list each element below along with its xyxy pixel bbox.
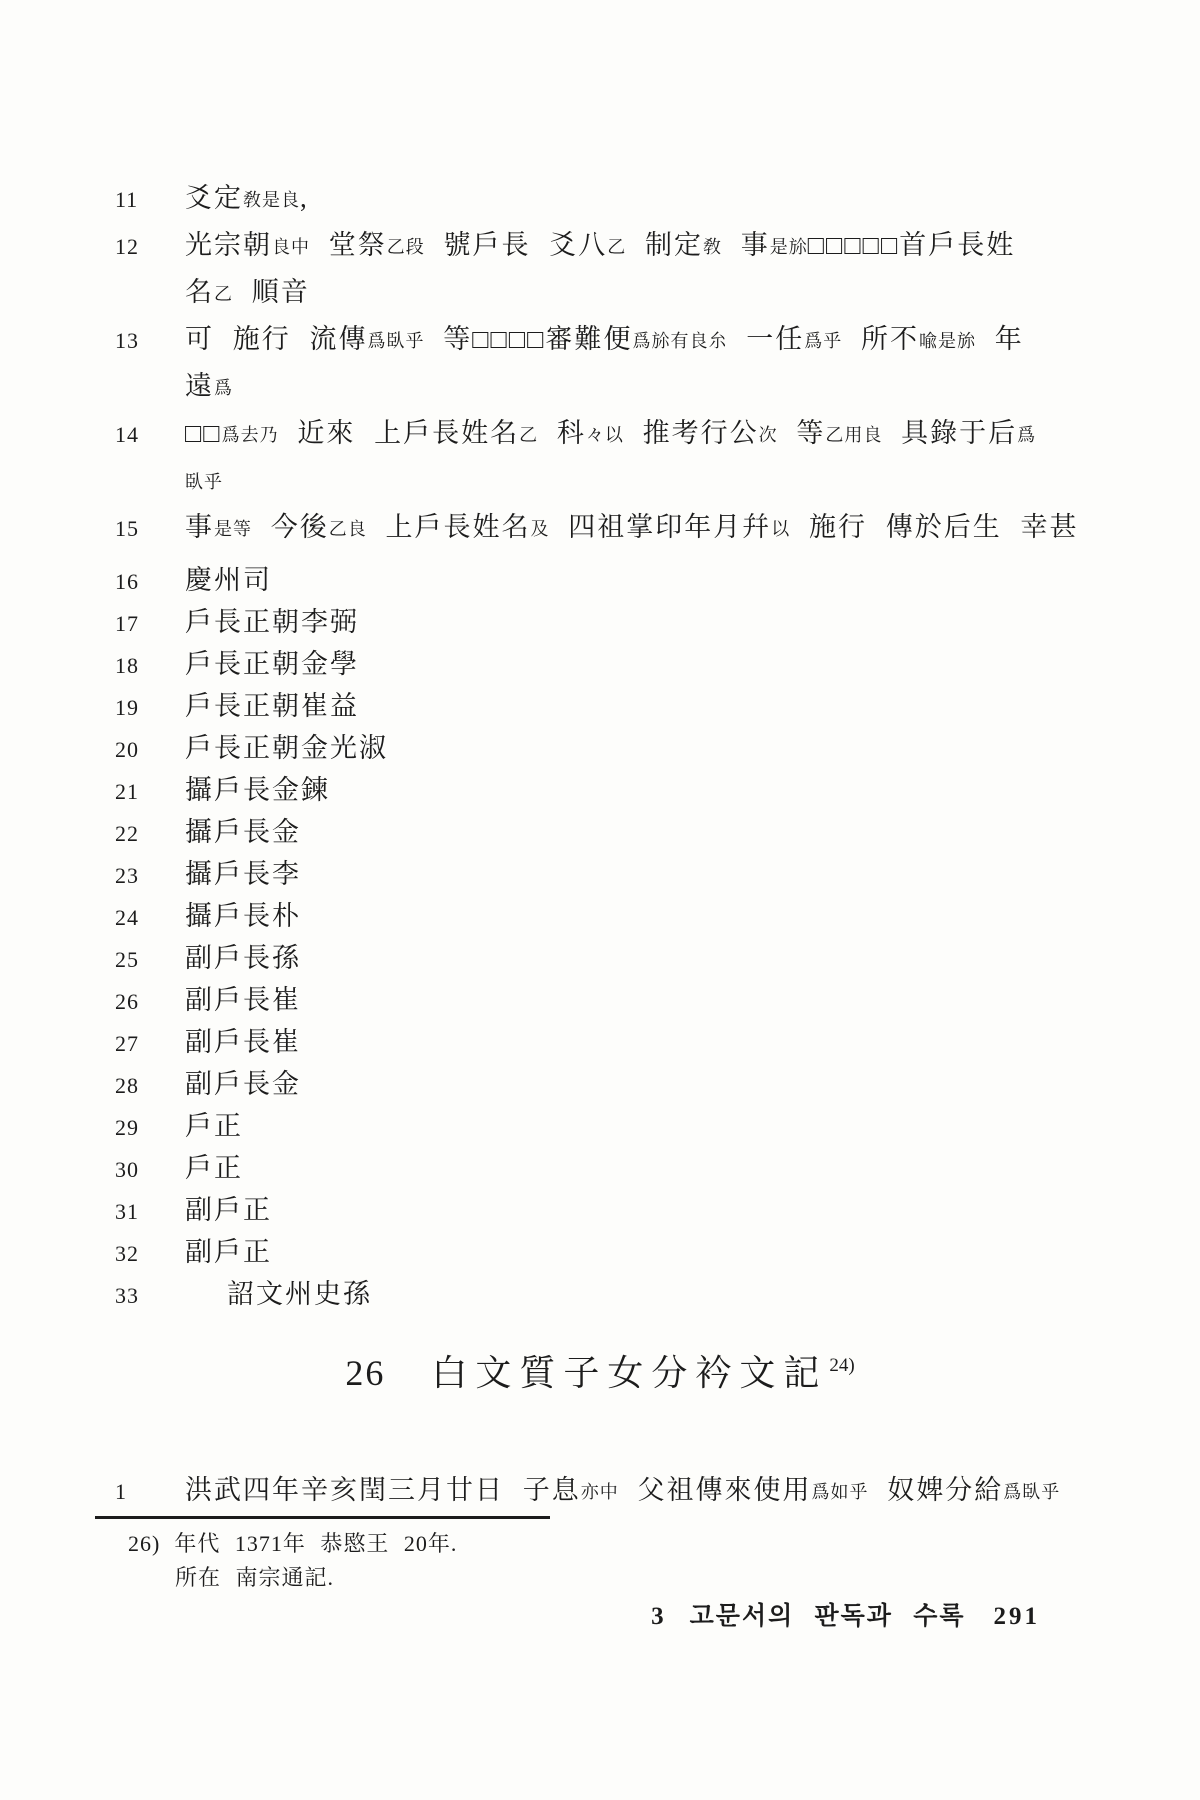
chapter-number: 3 xyxy=(651,1603,666,1630)
line-text: 攝戶長金鍊 xyxy=(185,769,330,811)
hanja-text: 號戶長 爻八 xyxy=(425,230,608,260)
idu-suffix: 々以 xyxy=(586,425,624,445)
transcript-line-33: 33詔文州史孫 xyxy=(115,1273,1165,1315)
line-text: 攝戶長李 xyxy=(185,853,301,895)
page-number: 291 xyxy=(994,1603,1041,1630)
line-text: 名乙 順音 xyxy=(185,269,310,318)
hanja-text: 奴婢分給 xyxy=(869,1475,1004,1505)
line-text: 攝戶長朴 xyxy=(185,895,301,937)
line-number: 24 xyxy=(115,897,185,939)
hanja-text: 戶長正朝崔益 xyxy=(185,691,359,721)
line-number: 30 xyxy=(115,1149,185,1191)
idu-suffix: 乙 xyxy=(214,284,233,304)
idu-suffix: 是㫆 xyxy=(770,237,808,257)
line-text: 副戶正 xyxy=(185,1231,272,1273)
hanja-text: 名 xyxy=(185,277,214,307)
line-text: 詔文州史孫 xyxy=(185,1273,372,1315)
transcript-line-16: 16慶州司 xyxy=(115,559,1165,601)
idu-suffix: 爲 xyxy=(214,378,233,398)
hanja-text: 制定 xyxy=(626,230,703,260)
transcript-line-32: 32副戶正 xyxy=(115,1231,1165,1273)
hanja-text: 副戶長崔 xyxy=(185,985,301,1015)
line-number: 13 xyxy=(115,317,185,364)
idu-suffix: 臥乎 xyxy=(185,472,223,492)
hanja-text: □□ xyxy=(185,418,222,448)
hanja-text: 詔文州史孫 xyxy=(227,1279,372,1309)
transcript-line-31: 31副戶正 xyxy=(115,1189,1165,1231)
footnote-marker: 26) xyxy=(128,1531,160,1556)
idu-suffix: 爲 xyxy=(1017,425,1036,445)
line-text: 副戶長崔 xyxy=(185,1021,301,1063)
line-number: 21 xyxy=(115,771,185,813)
line-number: 29 xyxy=(115,1107,185,1149)
hanja-text: , xyxy=(300,183,309,213)
line-number: 14 xyxy=(115,411,185,458)
transcript-line-continuation: 臥乎 xyxy=(115,457,1165,504)
hanja-text: 副戶長金 xyxy=(185,1069,301,1099)
hanja-text: 洪武四年辛亥閏三月廿日 子息 xyxy=(185,1475,581,1505)
transcript-line-23: 23攝戶長李 xyxy=(115,853,1165,895)
hanja-text: 今後 xyxy=(252,512,329,542)
line-text: 副戶長金 xyxy=(185,1063,301,1105)
hanja-text: 近來 上戶長姓名 xyxy=(279,418,520,448)
hanja-text: 等□□□□審難便 xyxy=(425,324,633,354)
line-number: 20 xyxy=(115,729,185,771)
footnote-line-2: 所在 南宗通記. xyxy=(95,1561,715,1595)
transcript-document-block: 1洪武四年辛亥閏三月廿日 子息亦中 父祖傳來使用爲如乎 奴婢分給爲臥乎 xyxy=(115,1470,1165,1510)
line-number: 16 xyxy=(115,561,185,603)
section-heading: 26白文質子女分衿文記24) xyxy=(0,1338,1200,1401)
line-text: 可 施行 流傳爲臥乎 等□□□□審難便爲㫆有良厼 一任爲乎 所不喩是旀 年 xyxy=(185,316,1024,365)
line-text: 慶州司 xyxy=(185,559,272,601)
line-text: 爻定敎是良, xyxy=(185,175,309,224)
transcript-line-22: 22攝戶長金 xyxy=(115,811,1165,853)
transcript-line-21: 21攝戶長金鍊 xyxy=(115,769,1165,811)
hanja-text: 等 xyxy=(778,418,826,448)
footnote-text-1: 年代 1371年 恭愍王 20年. xyxy=(174,1531,457,1556)
idu-suffix: 乙良 xyxy=(329,519,367,539)
hanja-text: 事 xyxy=(722,230,770,260)
transcript-line-continuation: 遠爲 xyxy=(115,363,1165,410)
line-number: 19 xyxy=(115,687,185,729)
line-number: 11 xyxy=(115,176,185,223)
footnote-ref: 24) xyxy=(829,1355,854,1376)
chapter-title: 고문서의 판독과 수록 xyxy=(690,1603,966,1630)
line-text: 遠爲 xyxy=(185,363,233,412)
line-text: □□爲去乃 近來 上戶長姓名乙 科々以 推考行公次 等乙用良 具錄于后爲 xyxy=(185,410,1036,459)
transcript-line-15: 15事是等 今後乙良 上戶長姓名及 四祖掌印年月幷以 施行 傳於后生 幸甚 xyxy=(115,504,1165,551)
idu-suffix: 乙 xyxy=(519,425,538,445)
section-title: 白文質子女分衿文記 xyxy=(431,1353,827,1393)
line-number: 22 xyxy=(115,813,185,855)
hanja-text: 攝戶長李 xyxy=(185,859,301,889)
idu-suffix: 爲臥乎 xyxy=(368,331,425,351)
idu-suffix: 乙 xyxy=(607,237,626,257)
section-number: 26 xyxy=(345,1353,385,1393)
idu-suffix: 亦中 xyxy=(581,1482,619,1502)
transcript-line-14: 14□□爲去乃 近來 上戶長姓名乙 科々以 推考行公次 等乙用良 具錄于后爲 xyxy=(115,410,1165,457)
footnote-line-1: 26)年代 1371年 恭愍王 20年. xyxy=(95,1527,715,1561)
line-number: 1 xyxy=(115,1472,185,1512)
line-text: 戶正 xyxy=(185,1105,243,1147)
hanja-text: 戶正 xyxy=(185,1111,243,1141)
footnote-block: 26)年代 1371年 恭愍王 20年. 所在 南宗通記. xyxy=(95,1516,715,1595)
hanja-text: 戶長正朝金學 xyxy=(185,649,359,679)
line-number: 31 xyxy=(115,1191,185,1233)
transcript-line-17: 17戶長正朝李弼 xyxy=(115,601,1165,643)
transcript-line-19: 19戶長正朝崔益 xyxy=(115,685,1165,727)
idu-suffix: 乙段 xyxy=(387,237,425,257)
line-number: 18 xyxy=(115,645,185,687)
hanja-text: 戶正 xyxy=(185,1153,243,1183)
idu-suffix: 以 xyxy=(771,519,790,539)
hanja-text: 光宗朝 xyxy=(185,230,272,260)
line-number: 15 xyxy=(115,505,185,552)
hanja-text: □□□□□首戶長姓 xyxy=(808,230,1016,260)
idu-suffix: 乙用良 xyxy=(825,425,882,445)
transcript-line-27: 27副戶長崔 xyxy=(115,1021,1165,1063)
line-text: 戶長正朝崔益 xyxy=(185,685,359,727)
footnote-text-2: 所在 南宗通記. xyxy=(175,1565,334,1590)
line-number: 23 xyxy=(115,855,185,897)
line-number: 12 xyxy=(115,223,185,270)
hanja-text: 科 xyxy=(538,418,586,448)
hanja-text: 攝戶長朴 xyxy=(185,901,301,931)
transcript-line-29: 29戶正 xyxy=(115,1105,1165,1147)
line-text: 戶正 xyxy=(185,1147,243,1189)
hanja-text: 可 施行 流傳 xyxy=(185,324,368,354)
idu-suffix: 爲㫆有良厼 xyxy=(632,331,727,351)
idu-suffix: 及 xyxy=(531,519,550,539)
line-text: 攝戶長金 xyxy=(185,811,301,853)
hanja-text: 父祖傳來使用 xyxy=(619,1475,812,1505)
hanja-text: 遠 xyxy=(185,371,214,401)
footnote-divider xyxy=(95,1516,550,1519)
transcript-line-24: 24攝戶長朴 xyxy=(115,895,1165,937)
hanja-text: 推考行公 xyxy=(624,418,759,448)
transcript-roster-block: 16慶州司17戶長正朝李弼18戶長正朝金學19戶長正朝崔益20戶長正朝金光淑21… xyxy=(115,559,1165,1315)
transcript-line-30: 30戶正 xyxy=(115,1147,1165,1189)
transcript-line-28: 28副戶長金 xyxy=(115,1063,1165,1105)
hanja-text: 戶長正朝李弼 xyxy=(185,607,359,637)
hanja-text: 施行 傳於后生 幸甚 xyxy=(790,512,1078,542)
hanja-text: 副戶長崔 xyxy=(185,1027,301,1057)
hanja-text: 年 xyxy=(976,324,1024,354)
line-number: 33 xyxy=(115,1275,185,1317)
hanja-text: 副戶正 xyxy=(185,1195,272,1225)
line-number: 28 xyxy=(115,1065,185,1107)
hanja-text: 副戶長孫 xyxy=(185,943,301,973)
hanja-text: 副戶正 xyxy=(185,1237,272,1267)
book-page: 11爻定敎是良,12光宗朝良中 堂祭乙段 號戶長 爻八乙 制定敎 事是㫆□□□□… xyxy=(0,0,1200,1800)
hanja-text: 戶長正朝金光淑 xyxy=(185,733,388,763)
transcript-line-18: 18戶長正朝金學 xyxy=(115,643,1165,685)
transcript-line-11: 11爻定敎是良, xyxy=(115,175,1165,222)
line-text: 事是等 今後乙良 上戶長姓名及 四祖掌印年月幷以 施行 傳於后生 幸甚 xyxy=(185,504,1079,553)
line-text: 副戶長孫 xyxy=(185,937,301,979)
transcript-line-1: 1洪武四年辛亥閏三月廿日 子息亦中 父祖傳來使用爲如乎 奴婢分給爲臥乎 xyxy=(115,1470,1165,1510)
hanja-text: 所不 xyxy=(842,324,919,354)
line-number: 26 xyxy=(115,981,185,1023)
line-number: 27 xyxy=(115,1023,185,1065)
idu-suffix: 敎是良 xyxy=(243,190,300,210)
line-text: 戶長正朝金學 xyxy=(185,643,359,685)
page-footer: 3고문서의 판독과 수록291 xyxy=(0,1596,1040,1632)
hanja-text: 慶州司 xyxy=(185,565,272,595)
transcript-intro-block: 11爻定敎是良,12光宗朝良中 堂祭乙段 號戶長 爻八乙 制定敎 事是㫆□□□□… xyxy=(115,175,1165,551)
hanja-text: 四祖掌印年月幷 xyxy=(550,512,772,542)
idu-suffix: 爲去乃 xyxy=(222,425,279,445)
transcript-line-continuation: 名乙 順音 xyxy=(115,269,1165,316)
hanja-text: 上戶長姓名 xyxy=(367,512,531,542)
hanja-text: 攝戶長金鍊 xyxy=(185,775,330,805)
line-number: 32 xyxy=(115,1233,185,1275)
idu-suffix: 爲臥乎 xyxy=(1003,1482,1060,1502)
transcript-line-12: 12光宗朝良中 堂祭乙段 號戶長 爻八乙 制定敎 事是㫆□□□□□首戶長姓 xyxy=(115,222,1165,269)
line-text: 臥乎 xyxy=(185,457,223,506)
idu-suffix: 是等 xyxy=(214,519,252,539)
idu-suffix: 爲如乎 xyxy=(812,1482,869,1502)
idu-suffix: 爲乎 xyxy=(804,331,842,351)
idu-suffix: 敎 xyxy=(703,237,722,257)
transcript-line-25: 25副戶長孫 xyxy=(115,937,1165,979)
line-number: 25 xyxy=(115,939,185,981)
hanja-text: 爻定 xyxy=(185,183,243,213)
idu-suffix: 良中 xyxy=(272,237,310,257)
line-text: 副戶正 xyxy=(185,1189,272,1231)
line-text: 副戶長崔 xyxy=(185,979,301,1021)
line-text: 光宗朝良中 堂祭乙段 號戶長 爻八乙 制定敎 事是㫆□□□□□首戶長姓 xyxy=(185,222,1015,271)
line-text: 洪武四年辛亥閏三月廿日 子息亦中 父祖傳來使用爲如乎 奴婢分給爲臥乎 xyxy=(185,1470,1060,1512)
idu-suffix: 喩是旀 xyxy=(919,331,976,351)
hanja-text: 堂祭 xyxy=(310,230,387,260)
transcript-line-26: 26副戶長崔 xyxy=(115,979,1165,1021)
hanja-text: 順音 xyxy=(233,277,310,307)
idu-suffix: 次 xyxy=(759,425,778,445)
hanja-text: 一任 xyxy=(727,324,804,354)
hanja-text: 事 xyxy=(185,512,214,542)
line-text: 戶長正朝金光淑 xyxy=(185,727,388,769)
transcript-line-20: 20戶長正朝金光淑 xyxy=(115,727,1165,769)
transcript-line-13: 13可 施行 流傳爲臥乎 等□□□□審難便爲㫆有良厼 一任爲乎 所不喩是旀 年 xyxy=(115,316,1165,363)
line-number: 17 xyxy=(115,603,185,645)
hanja-text: 具錄于后 xyxy=(882,418,1017,448)
hanja-text: 攝戶長金 xyxy=(185,817,301,847)
line-text: 戶長正朝李弼 xyxy=(185,601,359,643)
